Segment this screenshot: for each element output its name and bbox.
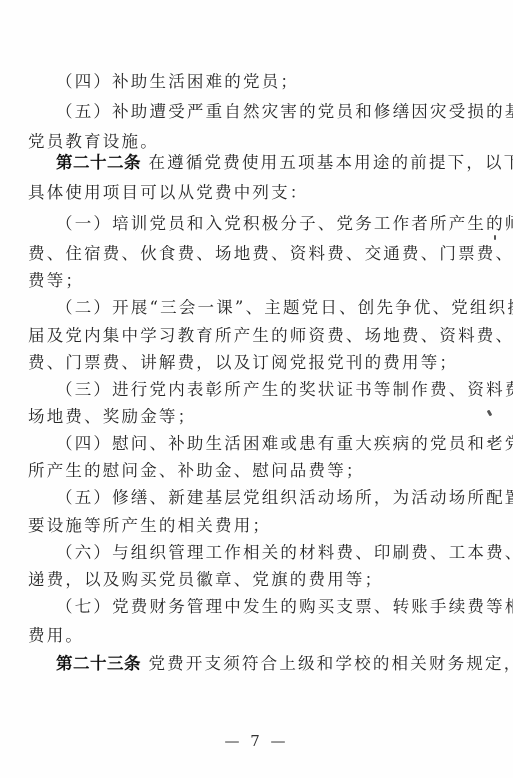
text-line: （五）补助遭受严重自然灾害的党员和修缮因灾受损的基层 bbox=[56, 102, 513, 122]
text-line: 所产生的慰问金、补助金、慰问品费等； bbox=[28, 461, 365, 481]
text-line: 党员教育设施。 bbox=[28, 132, 159, 152]
text-line: 要设施等所产生的相关费用； bbox=[28, 516, 271, 536]
scan-speck bbox=[494, 235, 496, 240]
text-line: （四）慰问、补助生活困难或患有重大疾病的党员和老党员 bbox=[56, 434, 513, 454]
scan-speck bbox=[487, 410, 493, 417]
text-line: （六）与组织管理工作相关的材料费、印刷费、工本费、快 bbox=[56, 543, 513, 563]
text-line: 具体使用项目可以从党费中列支： bbox=[28, 183, 309, 203]
scan-speck bbox=[488, 440, 491, 443]
text-line: （七）党费财务管理中发生的购买支票、转账手续费等相关 bbox=[56, 597, 513, 617]
text-line: 费、门票费、讲解费，以及订阅党报党刊的费用等； bbox=[28, 353, 458, 373]
text-line: （三）进行党内表彰所产生的奖状证书等制作费、资料费、 bbox=[56, 380, 513, 400]
article-heading: 第二十三条 bbox=[56, 654, 141, 673]
article-line: 第二十二条 在遵循党费使用五项基本用途的前提下，以下 bbox=[56, 153, 513, 173]
text-line: （五）修缮、新建基层党组织活动场所，为活动场所配置必 bbox=[56, 488, 513, 508]
text-line: 场地费、奖励金等； bbox=[28, 407, 196, 427]
text-line: 费用。 bbox=[28, 626, 84, 646]
document-page: （四）补助生活困难的党员； （五）补助遭受严重自然灾害的党员和修缮因灾受损的基层… bbox=[0, 0, 513, 778]
article-text: 党费开支须符合上级和学校的相关财务规定， bbox=[141, 654, 513, 673]
text-line: （一）培训党员和入党积极分子、党务工作者所产生的师资 bbox=[56, 214, 513, 234]
article-heading: 第二十二条 bbox=[56, 153, 141, 172]
text-line: （二）开展“三会一课”、主题党日、创先争优、党组织换 bbox=[56, 298, 513, 318]
text-line: 费等； bbox=[28, 271, 84, 291]
text-line: 递费，以及购买党员徽章、党旗的费用等； bbox=[28, 570, 383, 590]
text-line: （四）补助生活困难的党员； bbox=[56, 72, 299, 92]
text-line: 费、住宿费、伙食费、场地费、资料费、交通费、门票费、讲解 bbox=[28, 244, 513, 264]
page-number: — 7 — bbox=[0, 732, 513, 750]
article-line: 第二十三条 党费开支须符合上级和学校的相关财务规定， bbox=[56, 654, 513, 674]
article-text: 在遵循党费使用五项基本用途的前提下，以下 bbox=[141, 153, 513, 172]
text-line: 届及党内集中学习教育所产生的师资费、场地费、资料费、交通 bbox=[28, 326, 513, 346]
